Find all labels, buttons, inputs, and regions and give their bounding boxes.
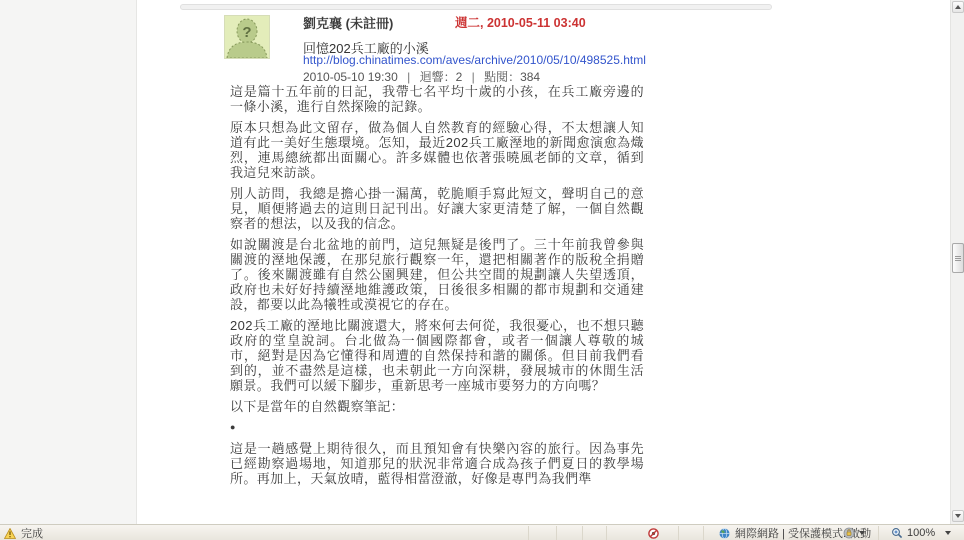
statusbar-divider: [556, 526, 557, 540]
previous-post-divider: [180, 4, 772, 10]
security-report-button[interactable]: [843, 525, 865, 540]
post-comments-count: 迴響：2: [420, 70, 463, 84]
statusbar-divider: [582, 526, 583, 540]
avatar: ?: [224, 15, 270, 59]
status-text: 完成: [21, 525, 43, 540]
anonymous-avatar-icon: ?: [225, 16, 269, 58]
post-meta: 2010-05-10 19:30 | 迴響：2 | 點閱：384: [303, 68, 540, 85]
dropdown-caret-icon: [945, 531, 951, 535]
page-left-margin: [0, 0, 137, 524]
statusbar-divider: [878, 526, 879, 540]
post-paragraph: 如說關渡是台北盆地的前門，這兒無疑是後門了。三十年前我曾參與關渡的溼地保護，在那…: [230, 237, 644, 312]
browser-status-bar: 完成 網際網路 | 受保護模式: 啟動: [0, 524, 964, 540]
dropdown-caret-icon: [859, 531, 865, 535]
zoom-level-value: 100%: [907, 527, 935, 539]
post-paragraph: 202兵工廠的溼地比關渡還大，將來何去何從，我很憂心，也不想只聽政府的堂皇說詞。…: [230, 318, 644, 393]
scroll-up-button[interactable]: [952, 1, 964, 13]
vertical-scrollbar[interactable]: [950, 0, 964, 524]
scrollbar-grip-icon: [955, 256, 961, 262]
post-body: 這是篇十五年前的日記，我帶七名平均十歲的小孩，在兵工廠旁邊的一條小溪，進行自然探…: [230, 84, 644, 492]
post-paragraph: 這是一趟感覺上期待很久，而且預知會有快樂內容的旅行。因為事先已經勘察過場地，知道…: [230, 441, 644, 486]
meta-separator: |: [472, 70, 475, 84]
blocked-icon: [648, 528, 659, 539]
zoom-magnifier-icon: [891, 527, 903, 539]
post-views-count: 點閱：384: [484, 70, 540, 84]
arrow-down-icon: [955, 514, 961, 518]
statusbar-divider: [606, 526, 607, 540]
arrow-up-icon: [955, 5, 961, 9]
scrollbar-thumb[interactable]: [952, 243, 964, 273]
statusbar-divider: [678, 526, 679, 540]
statusbar-divider: [528, 526, 529, 540]
statusbar-divider: [703, 526, 704, 540]
post-paragraph: 以下是當年的自然觀察筆記：: [230, 399, 644, 414]
post-author: 劉克襄 (未註冊): [303, 13, 393, 32]
comment-post: ? 劉克襄 (未註冊) 週二, 2010-05-11 03:40 回憶202兵工…: [137, 0, 950, 524]
zoom-level-button[interactable]: 100%: [891, 525, 951, 540]
globe-icon: [719, 528, 730, 539]
post-posted-date: 2010-05-10 19:30: [303, 70, 398, 84]
warning-icon: [4, 528, 16, 539]
post-timestamp: 週二, 2010-05-11 03:40: [455, 13, 586, 31]
post-paragraph: 別人訪問，我總是擔心掛一漏萬，乾脆順手寫此短文，聲明自己的意見，順便將過去的這則…: [230, 186, 644, 231]
svg-text:?: ?: [242, 24, 251, 41]
post-paragraph: 原本只想為此文留存，做為個人自然教育的經驗心得，不太想讓人知道有此一美好生態環境…: [230, 120, 644, 180]
meta-separator: |: [407, 70, 410, 84]
bullet-separator: ●: [230, 420, 644, 435]
post-paragraph: 這是篇十五年前的日記，我帶七名平均十歲的小孩，在兵工廠旁邊的一條小溪，進行自然探…: [230, 84, 644, 114]
scroll-down-button[interactable]: [952, 510, 964, 522]
post-source-link[interactable]: http://blog.chinatimes.com/aves/archive/…: [303, 53, 646, 67]
status-left: 完成: [4, 525, 43, 540]
browser-viewport: ? 劉克襄 (未註冊) 週二, 2010-05-11 03:40 回憶202兵工…: [0, 0, 964, 524]
blocked-content-indicator: [648, 525, 659, 540]
security-report-icon: [843, 527, 855, 539]
